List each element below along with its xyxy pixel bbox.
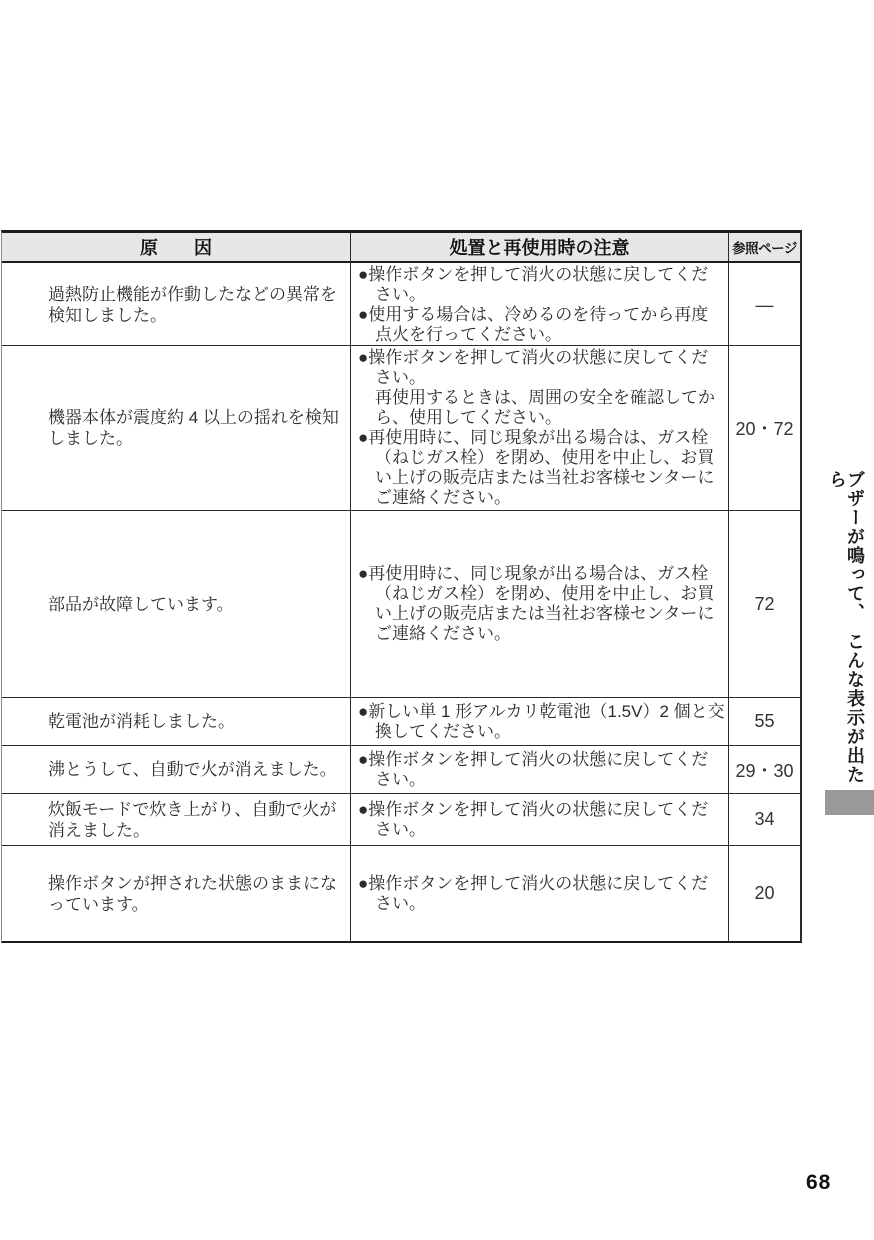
table-row: 操作ボタンが押された状態のままになっています。●操作ボタンを押して消火の状態に戻… xyxy=(2,846,800,941)
page-ref-cell: 34 xyxy=(729,794,800,845)
cause-cell: 部品が故障しています。 xyxy=(2,511,351,697)
page-ref-cell: 29・30 xyxy=(729,746,800,793)
cause-cell: 過熱防止機能が作動したなどの異常を検知しました。 xyxy=(2,263,351,347)
header-cause: 原 因 xyxy=(2,233,351,261)
action-bullet-item: ●操作ボタンを押して消火の状態に戻してください。 xyxy=(358,750,725,790)
page-ref-cell: — xyxy=(729,263,800,347)
page-ref-cell: 20・72 xyxy=(729,346,800,510)
header-action: 処置と再使用時の注意 xyxy=(351,233,729,261)
action-cell: ●新しい単 1 形アルカリ乾電池（1.5V）2 個と交換してください。 xyxy=(351,698,729,745)
table-row: 機器本体が震度約 4 以上の揺れを検知しました。●操作ボタンを押して消火の状態に… xyxy=(2,346,800,511)
cause-cell: 炊飯モードで炊き上がり、自動で火が消えました。 xyxy=(2,794,351,845)
action-bullet-item: ●再使用時に、同じ現象が出る場合は、ガス栓（ねじガス栓）を閉め、使用を中止し、お… xyxy=(358,564,725,644)
page-number: 68 xyxy=(806,1171,831,1195)
page-ref-cell: 72 xyxy=(729,511,800,697)
table-row: 沸とうして、自動で火が消えました。●操作ボタンを押して消火の状態に戻してください… xyxy=(2,746,800,794)
table-row: 乾電池が消耗しました。●新しい単 1 形アルカリ乾電池（1.5V）2 個と交換し… xyxy=(2,698,800,746)
action-continuation: 再使用するときは、周囲の安全を確認してから、使用してください。 xyxy=(358,388,725,428)
action-bullet-item: ●操作ボタンを押して消火の状態に戻してください。 xyxy=(358,265,725,305)
action-cell: ●操作ボタンを押して消火の状態に戻してください。再使用するときは、周囲の安全を確… xyxy=(351,346,729,510)
action-cell: ●操作ボタンを押して消火の状態に戻してください。 xyxy=(351,746,729,793)
table-row: 過熱防止機能が作動したなどの異常を検知しました。●操作ボタンを押して消火の状態に… xyxy=(2,263,800,346)
action-cell: ●操作ボタンを押して消火の状態に戻してください。●使用する場合は、冷めるのを待っ… xyxy=(351,263,729,347)
cause-cell: 沸とうして、自動で火が消えました。 xyxy=(2,746,351,793)
action-bullet-item: ●再使用時に、同じ現象が出る場合は、ガス栓（ねじガス栓）を閉め、使用を中止し、お… xyxy=(358,428,725,508)
action-bullet-item: ●使用する場合は、冷めるのを待ってから再度点火を行ってください。 xyxy=(358,305,725,345)
table-body: 過熱防止機能が作動したなどの異常を検知しました。●操作ボタンを押して消火の状態に… xyxy=(2,263,800,941)
header-page-ref: 参照ページ xyxy=(729,233,800,261)
action-cell: ●操作ボタンを押して消火の状態に戻してください。 xyxy=(351,794,729,845)
action-cell: ●操作ボタンを押して消火の状態に戻してください。 xyxy=(351,846,729,941)
action-bullet-item: ●操作ボタンを押して消火の状態に戻してください。 xyxy=(358,800,725,840)
section-index-tab xyxy=(825,790,874,815)
table-row: 炊飯モードで炊き上がり、自動で火が消えました。●操作ボタンを押して消火の状態に戻… xyxy=(2,794,800,846)
troubleshooting-table: 原 因 処置と再使用時の注意 参照ページ 過熱防止機能が作動したなどの異常を検知… xyxy=(1,230,802,943)
manual-page: 原 因 処置と再使用時の注意 参照ページ 過熱防止機能が作動したなどの異常を検知… xyxy=(0,0,874,1240)
action-bullet-item: ●操作ボタンを押して消火の状態に戻してください。 xyxy=(358,348,725,388)
table-row: 部品が故障しています。●再使用時に、同じ現象が出る場合は、ガス栓（ねじガス栓）を… xyxy=(2,511,800,698)
action-bullet-item: ●新しい単 1 形アルカリ乾電池（1.5V）2 個と交換してください。 xyxy=(358,702,725,742)
table-header-row: 原 因 処置と再使用時の注意 参照ページ xyxy=(2,233,800,263)
action-cell: ●再使用時に、同じ現象が出る場合は、ガス栓（ねじガス栓）を閉め、使用を中止し、お… xyxy=(351,511,729,697)
page-ref-cell: 55 xyxy=(729,698,800,745)
cause-cell: 機器本体が震度約 4 以上の揺れを検知しました。 xyxy=(2,346,351,510)
section-tab-label: ブザーが鳴って、 こんな表示が出たら xyxy=(828,470,864,800)
page-ref-cell: 20 xyxy=(729,846,800,941)
cause-cell: 乾電池が消耗しました。 xyxy=(2,698,351,745)
cause-cell: 操作ボタンが押された状態のままになっています。 xyxy=(2,846,351,941)
action-bullet-item: ●操作ボタンを押して消火の状態に戻してください。 xyxy=(358,874,725,914)
